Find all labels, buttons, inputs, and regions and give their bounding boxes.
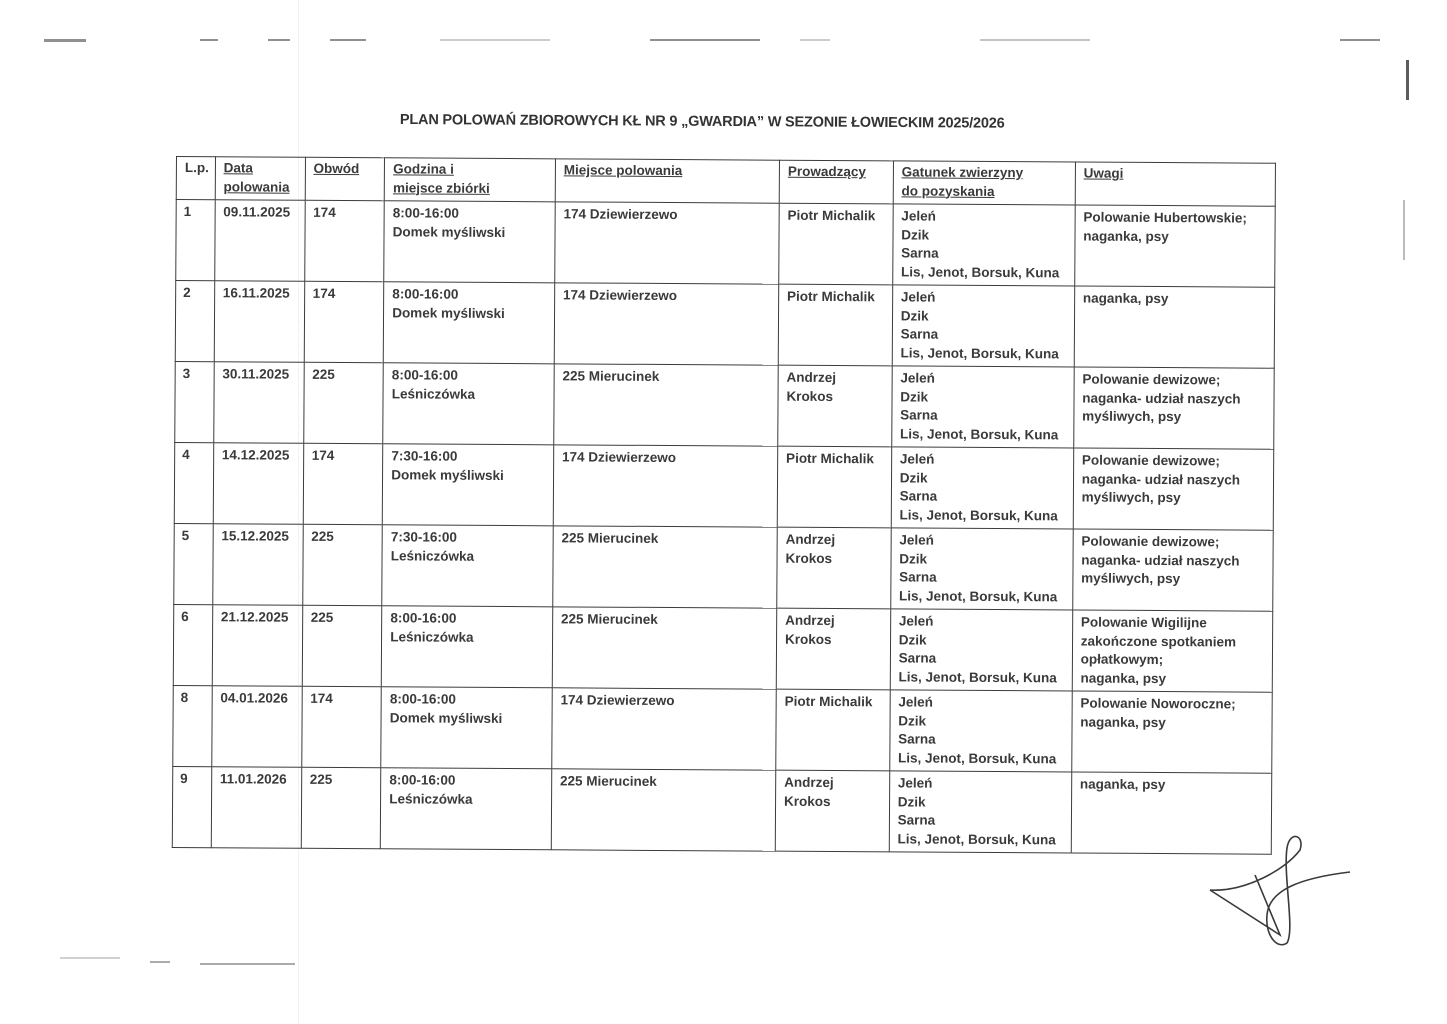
cell-notes-text: Polowanie dewizowe; (1082, 371, 1265, 391)
cell-lp-text: 2 (183, 284, 206, 303)
cell-notes: Polowanie dewizowe;naganka- udział naszy… (1072, 529, 1273, 611)
header-text-line: polowania (223, 178, 296, 197)
cell-obwod: 174 (303, 443, 383, 524)
cell-notes: Polowanie Noworoczne;naganka, psy (1071, 691, 1272, 773)
cell-notes-text: naganka, psy (1083, 227, 1266, 247)
cell-obwod: 225 (303, 362, 383, 443)
document-title: PLAN POLOWAŃ ZBIOROWYCH KŁ NR 9 „GWARDIA… (400, 112, 1040, 132)
table-row: 414.12.20251747:30-16:00Domek myśliwski1… (174, 442, 1273, 530)
cell-leader: Piotr Michalik (776, 689, 890, 771)
cell-species-text: Dzik (898, 793, 1063, 813)
cell-time-meeting-text: Leśniczówka (389, 790, 543, 809)
cell-notes-text: myśliwych, psy (1082, 489, 1265, 509)
scan-artifact-right (1406, 60, 1409, 100)
cell-species-text: Dzik (901, 226, 1066, 246)
cell-date-text: 09.11.2025 (223, 203, 296, 222)
cell-place: 174 Dziewierzewo (552, 688, 777, 770)
cell-obwod-text: 225 (312, 366, 375, 385)
table-row: 216.11.20251748:00-16:00Domek myśliwski1… (175, 281, 1274, 369)
table-row: 515.12.20252257:30-16:00Leśniczówka225 M… (174, 523, 1273, 611)
cell-obwod-text: 174 (310, 690, 373, 709)
cell-notes-text: naganka- udział naszych (1082, 389, 1265, 409)
cell-time-meeting: 8:00-16:00Domek myśliwski (383, 282, 554, 364)
cell-lp-text: 8 (181, 689, 204, 708)
cell-notes-text: Polowanie Noworoczne; (1080, 695, 1263, 715)
cell-date-text: 14.12.2025 (222, 446, 295, 465)
cell-species: JeleńDzikSarnaLis, Jenot, Borsuk, Kuna (891, 447, 1074, 529)
cell-species-text: Sarna (901, 325, 1066, 345)
cell-date: 11.01.2026 (211, 767, 301, 849)
cell-lp-text: 5 (182, 527, 205, 546)
cell-species: JeleńDzikSarnaLis, Jenot, Borsuk, Kuna (891, 366, 1074, 448)
scan-artifact-top (40, 36, 1400, 46)
cell-leader: Piotr Michalik (777, 446, 891, 528)
cell-time-meeting-text: 8:00-16:00 (389, 771, 543, 790)
cell-obwod-text: 174 (313, 204, 376, 223)
cell-species-text: Jeleń (901, 288, 1066, 308)
cell-date: 30.11.2025 (213, 362, 303, 444)
cell-place-text: 174 Dziewierzewo (562, 448, 769, 468)
cell-species-text: Sarna (899, 568, 1064, 588)
table-row: 330.11.20252258:00-16:00Leśniczówka225 M… (175, 361, 1274, 449)
cell-time-meeting: 7:30-16:00Domek myśliwski (382, 444, 553, 526)
cell-obwod: 225 (302, 524, 382, 605)
cell-time-meeting-text: 7:30-16:00 (391, 528, 545, 547)
column-header-date: Datapolowania (215, 157, 305, 201)
cell-notes-text: opłatkowym; (1081, 651, 1264, 671)
cell-time-meeting-text: 8:00-16:00 (390, 609, 544, 628)
cell-lp: 2 (175, 281, 214, 362)
cell-species-text: Lis, Jenot, Borsuk, Kuna (899, 506, 1064, 526)
cell-lp: 5 (174, 523, 213, 604)
header-text-line: Miejsce polowania (564, 161, 771, 181)
scan-artifact-right-2 (1403, 200, 1405, 260)
cell-species-text: Sarna (900, 487, 1065, 507)
cell-time-meeting-text: 8:00-16:00 (393, 204, 547, 223)
cell-notes: Polowanie Wigilijnezakończone spotkaniem… (1072, 610, 1273, 692)
cell-time-meeting-text: Leśniczówka (392, 385, 546, 404)
header-text-line: Prowadzący (788, 163, 885, 182)
header-text-line: Godzina i (393, 160, 547, 179)
scan-artifact-bottom-left (60, 955, 300, 967)
header-text-line: Obwód (313, 160, 376, 179)
cell-place: 225 Mierucinek (551, 769, 776, 851)
cell-lp-text: 3 (183, 365, 206, 384)
column-header-time-meeting: Godzina imiejsce zbiórki (384, 158, 555, 202)
cell-lp-text: 1 (184, 203, 207, 222)
cell-date-text: 21.12.2025 (221, 608, 294, 627)
cell-time-meeting-text: Domek myśliwski (392, 304, 546, 323)
cell-date: 04.01.2026 (211, 686, 301, 768)
cell-lp: 1 (176, 200, 215, 281)
cell-date: 21.12.2025 (212, 605, 302, 687)
cell-time-meeting-text: 8:00-16:00 (392, 285, 546, 304)
cell-place: 225 Mierucinek (554, 364, 779, 446)
cell-obwod-text: 225 (311, 528, 374, 547)
cell-notes-text: myśliwych, psy (1082, 408, 1265, 428)
table-row: 804.01.20261748:00-16:00Domek myśliwski1… (173, 685, 1272, 773)
cell-date-text: 30.11.2025 (222, 365, 295, 384)
handwritten-signature-icon (1205, 830, 1355, 955)
header-text-line: Gatunek zwierzyny (902, 163, 1067, 183)
cell-time-meeting: 7:30-16:00Leśniczówka (382, 525, 553, 607)
cell-lp: 3 (175, 361, 214, 442)
header-text-line: L.p. (185, 159, 207, 178)
cell-time-meeting-text: Leśniczówka (390, 628, 544, 647)
cell-notes: Polowanie dewizowe;naganka- udział naszy… (1073, 367, 1274, 449)
cell-place-text: 174 Dziewierzewo (560, 691, 767, 711)
column-header-notes: Uwagi (1075, 162, 1276, 206)
cell-leader-text: Andrzej Krokos (785, 531, 882, 569)
cell-obwod: 225 (301, 767, 381, 848)
header-text-line: Data (224, 159, 297, 178)
cell-obwod: 174 (304, 281, 384, 362)
header-text-line: do pozyskania (901, 182, 1066, 202)
cell-lp-text: 9 (180, 770, 203, 789)
cell-date-text: 11.01.2026 (220, 770, 293, 789)
cell-notes-text: zakończone spotkaniem (1081, 632, 1264, 652)
cell-leader: Andrzej Krokos (778, 365, 892, 447)
cell-obwod-text: 174 (313, 285, 376, 304)
cell-leader: Andrzej Krokos (775, 770, 889, 852)
table-body: 109.11.20251748:00-16:00Domek myśliwski1… (172, 200, 1275, 855)
cell-notes-text: naganka- udział naszych (1081, 551, 1264, 571)
cell-species-text: Lis, Jenot, Borsuk, Kuna (897, 830, 1062, 850)
cell-place-text: 174 Dziewierzewo (563, 286, 770, 306)
cell-species-text: Lis, Jenot, Borsuk, Kuna (899, 587, 1064, 607)
cell-obwod-text: 225 (310, 771, 373, 790)
cell-notes-text: Polowanie dewizowe; (1082, 452, 1265, 472)
cell-notes: Polowanie dewizowe;naganka- udział naszy… (1073, 448, 1274, 530)
cell-species-text: Sarna (900, 406, 1065, 426)
cell-place: 225 Mierucinek (553, 526, 778, 608)
cell-leader: Piotr Michalik (778, 284, 892, 366)
table-header-row: L.p.DatapolowaniaObwódGodzina imiejsce z… (176, 157, 1275, 207)
cell-notes-text: naganka, psy (1080, 669, 1263, 689)
cell-obwod-text: 225 (311, 609, 374, 628)
cell-date-text: 04.01.2026 (220, 689, 293, 708)
cell-place: 225 Mierucinek (552, 607, 777, 689)
cell-leader: Piotr Michalik (779, 203, 893, 285)
cell-lp-text: 4 (182, 446, 205, 465)
cell-notes-text: Polowanie dewizowe; (1081, 533, 1264, 553)
cell-date-text: 15.12.2025 (221, 527, 294, 546)
table-row: 911.01.20262258:00-16:00Leśniczówka225 M… (172, 766, 1271, 854)
cell-species-text: Lis, Jenot, Borsuk, Kuna (898, 749, 1063, 769)
hunt-plan-table: L.p.DatapolowaniaObwódGodzina imiejsce z… (172, 156, 1276, 855)
cell-place-text: 225 Mierucinek (560, 772, 767, 792)
cell-time-meeting: 8:00-16:00Leśniczówka (383, 363, 554, 445)
cell-leader-text: Andrzej Krokos (785, 612, 882, 650)
cell-leader: Andrzej Krokos (777, 527, 891, 609)
cell-place-text: 225 Mierucinek (561, 529, 768, 549)
cell-leader-text: Andrzej Krokos (784, 774, 881, 812)
cell-time-meeting: 8:00-16:00Domek myśliwski (384, 201, 555, 283)
cell-place: 174 Dziewierzewo (554, 283, 779, 365)
cell-species-text: Lis, Jenot, Borsuk, Kuna (898, 668, 1063, 688)
cell-species: JeleńDzikSarnaLis, Jenot, Borsuk, Kuna (892, 285, 1075, 367)
cell-species-text: Jeleń (899, 531, 1064, 551)
cell-time-meeting: 8:00-16:00Domek myśliwski (381, 687, 552, 769)
cell-species-text: Sarna (898, 811, 1063, 831)
cell-time-meeting: 8:00-16:00Leśniczówka (381, 606, 552, 688)
cell-species-text: Dzik (899, 550, 1064, 570)
cell-place: 174 Dziewierzewo (553, 445, 778, 527)
cell-place-text: 174 Dziewierzewo (563, 205, 770, 225)
column-header-species: Gatunek zwierzynydo pozyskania (893, 161, 1075, 205)
cell-notes-text: naganka, psy (1080, 776, 1263, 796)
header-text-line: Uwagi (1084, 165, 1267, 185)
cell-notes-text: Polowanie Hubertowskie; (1083, 209, 1266, 229)
cell-species-text: Jeleń (900, 369, 1065, 389)
cell-time-meeting-text: Domek myśliwski (393, 223, 547, 242)
cell-species: JeleńDzikSarnaLis, Jenot, Borsuk, Kuna (889, 771, 1072, 853)
cell-place: 174 Dziewierzewo (555, 202, 780, 284)
table-row: 621.12.20252258:00-16:00Leśniczówka225 M… (173, 604, 1272, 692)
cell-notes-text: myśliwych, psy (1081, 570, 1264, 590)
cell-date: 16.11.2025 (214, 281, 304, 363)
cell-leader-text: Piotr Michalik (786, 450, 883, 469)
cell-species: JeleńDzikSarnaLis, Jenot, Borsuk, Kuna (889, 690, 1072, 772)
cell-lp: 8 (173, 685, 212, 766)
cell-species: JeleńDzikSarnaLis, Jenot, Borsuk, Kuna (892, 204, 1075, 286)
cell-species-text: Dzik (900, 469, 1065, 489)
cell-lp: 9 (172, 766, 211, 847)
column-header-obwod: Obwód (305, 157, 385, 200)
cell-species-text: Jeleń (900, 450, 1065, 470)
cell-date-text: 16.11.2025 (223, 284, 296, 303)
column-header-place: Miejsce polowania (555, 159, 779, 203)
cell-species: JeleńDzikSarnaLis, Jenot, Borsuk, Kuna (890, 528, 1073, 610)
cell-obwod: 225 (302, 605, 382, 686)
cell-time-meeting-text: 8:00-16:00 (390, 690, 544, 709)
cell-species-text: Lis, Jenot, Borsuk, Kuna (900, 425, 1065, 445)
cell-leader: Andrzej Krokos (776, 608, 890, 690)
cell-leader-text: Piotr Michalik (785, 693, 882, 712)
cell-species-text: Dzik (900, 388, 1065, 408)
cell-species-text: Lis, Jenot, Borsuk, Kuna (900, 344, 1065, 364)
cell-species-text: Jeleń (901, 207, 1066, 227)
cell-time-meeting-text: Domek myśliwski (390, 709, 544, 728)
cell-notes-text: Polowanie Wigilijne (1081, 614, 1264, 634)
cell-time-meeting-text: 7:30-16:00 (391, 447, 545, 466)
cell-species: JeleńDzikSarnaLis, Jenot, Borsuk, Kuna (890, 609, 1073, 691)
cell-species-text: Dzik (901, 307, 1066, 327)
cell-species-text: Jeleń (899, 612, 1064, 632)
table-row: 109.11.20251748:00-16:00Domek myśliwski1… (176, 200, 1275, 288)
cell-date: 14.12.2025 (213, 443, 303, 525)
cell-species-text: Lis, Jenot, Borsuk, Kuna (901, 263, 1066, 283)
cell-notes-text: naganka- udział naszych (1082, 470, 1265, 490)
cell-species-text: Sarna (899, 649, 1064, 669)
cell-date: 09.11.2025 (214, 200, 304, 282)
cell-place-text: 225 Mierucinek (562, 367, 769, 387)
column-header-leader: Prowadzący (779, 160, 893, 204)
cell-notes: naganka, psy (1074, 286, 1275, 368)
cell-notes-text: naganka, psy (1083, 290, 1266, 310)
header-text-line: miejsce zbiórki (393, 179, 547, 198)
cell-leader-text: Piotr Michalik (788, 207, 885, 226)
cell-time-meeting: 8:00-16:00Leśniczówka (380, 768, 551, 850)
cell-time-meeting-text: Domek myśliwski (391, 466, 545, 485)
hunt-plan-sheet: L.p.DatapolowaniaObwódGodzina imiejsce z… (172, 156, 1276, 855)
cell-leader-text: Piotr Michalik (787, 288, 884, 307)
cell-obwod: 174 (304, 200, 384, 281)
column-header-lp: L.p. (176, 157, 215, 200)
cell-species-text: Jeleń (898, 693, 1063, 713)
cell-species-text: Jeleń (898, 774, 1063, 794)
cell-leader-text: Andrzej Krokos (786, 369, 883, 407)
cell-obwod-text: 174 (312, 447, 375, 466)
cell-species-text: Dzik (899, 631, 1064, 651)
cell-lp-text: 6 (181, 608, 204, 627)
cell-place-text: 225 Mierucinek (561, 610, 768, 630)
cell-date: 15.12.2025 (212, 524, 302, 606)
cell-time-meeting-text: Leśniczówka (391, 547, 545, 566)
cell-lp: 4 (174, 442, 213, 523)
cell-species-text: Sarna (901, 244, 1066, 264)
cell-notes-text: naganka, psy (1080, 713, 1263, 733)
cell-species-text: Dzik (898, 712, 1063, 732)
cell-species-text: Sarna (898, 730, 1063, 750)
cell-obwod: 174 (301, 686, 381, 767)
cell-notes: Polowanie Hubertowskie;naganka, psy (1074, 205, 1275, 287)
cell-time-meeting-text: 8:00-16:00 (392, 366, 546, 385)
cell-lp: 6 (173, 604, 212, 685)
